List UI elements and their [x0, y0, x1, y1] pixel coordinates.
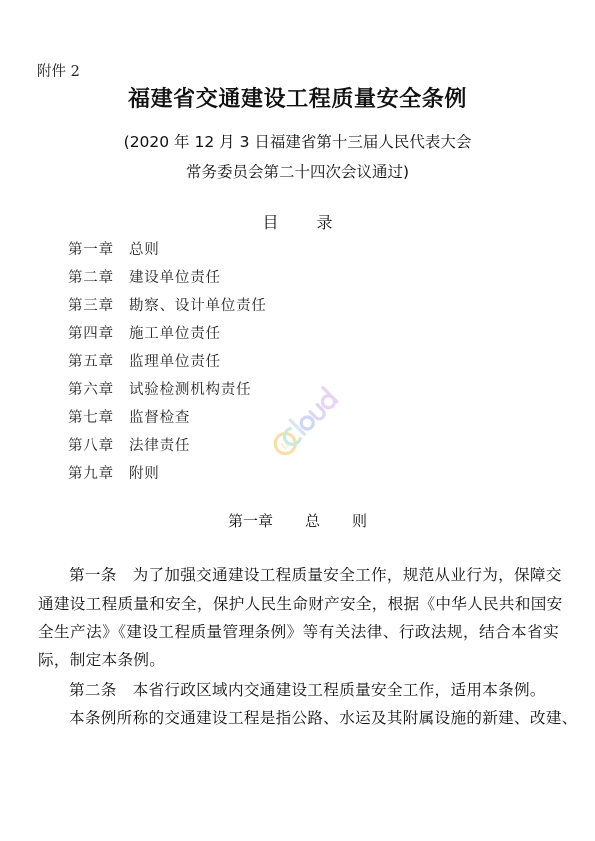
toc-chapter-number: 第四章	[68, 322, 129, 343]
document-title: 福建省交通建设工程质量安全条例	[0, 82, 595, 113]
toc-chapter-number: 第五章	[68, 350, 129, 371]
article-1-line-3: 全生产法》《建设工程质量管理条例》等有关法律、行政法规，结合本省实	[38, 620, 559, 642]
toc-chapter-title: 监理单位责任	[129, 354, 221, 370]
toc-item: 第八章法律责任	[68, 434, 190, 455]
toc-item: 第六章试验检测机构责任	[68, 378, 251, 399]
article-2-line-1: 第二条 本省行政区域内交通建设工程质量安全工作，适用本条例。	[38, 678, 559, 700]
toc-chapter-title: 试验检测机构责任	[129, 382, 251, 398]
article-1-line-2: 通建设工程质量和安全，保护人民生命财产安全，根据《中华人民共和国安	[38, 592, 559, 614]
toc-item: 第二章建设单位责任	[68, 266, 221, 287]
toc-chapter-number: 第九章	[68, 462, 129, 483]
toc-chapter-number: 第三章	[68, 294, 129, 315]
toc-chapter-number: 第八章	[68, 434, 129, 455]
attachment-label: 附件 2	[37, 60, 80, 81]
toc-chapter-title: 附则	[129, 466, 160, 482]
subtitle-line-1: (2020 年 12 月 3 日福建省第十三届人民代表大会	[0, 130, 595, 152]
toc-item: 第七章监督检查	[68, 406, 190, 427]
toc-chapter-title: 建设单位责任	[129, 270, 221, 286]
toc-item: 第三章勘察、设计单位责任	[68, 294, 267, 315]
article-1-line-4: 际，制定本条例。	[38, 648, 559, 670]
toc-item: 第五章监理单位责任	[68, 350, 221, 371]
document-page: 附件 2 福建省交通建设工程质量安全条例 (2020 年 12 月 3 日福建省…	[0, 0, 595, 841]
toc-heading-right: 录	[317, 210, 333, 233]
subtitle-line-2: 常务委员会第二十四次会议通过)	[0, 160, 595, 182]
toc-chapter-number: 第六章	[68, 378, 129, 399]
chapter-heading-number: 第一章	[228, 510, 273, 531]
cloud-watermark-icon: IA	[258, 378, 348, 468]
toc-item: 第九章附则	[68, 462, 160, 483]
toc-chapter-number: 第七章	[68, 406, 129, 427]
article-1-line-1: 第一条 为了加强交通建设工程质量安全工作，规范从业行为，保障交	[38, 563, 559, 585]
svg-text:IA: IA	[280, 437, 295, 452]
chapter-heading-title-part1: 总	[305, 510, 320, 531]
toc-chapter-title: 监督检查	[129, 410, 190, 426]
toc-chapter-title: 施工单位责任	[129, 326, 221, 342]
toc-item: 第四章施工单位责任	[68, 322, 221, 343]
toc-item: 第一章总则	[68, 238, 160, 259]
toc-chapter-number: 第二章	[68, 266, 129, 287]
toc-heading: 目录	[0, 210, 595, 233]
chapter-heading: 第一章总则	[0, 510, 595, 531]
toc-chapter-number: 第一章	[68, 238, 129, 259]
toc-chapter-title: 勘察、设计单位责任	[129, 298, 267, 314]
toc-heading-left: 目	[262, 210, 278, 233]
toc-chapter-title: 总则	[129, 242, 160, 258]
article-2-line-2: 本条例所称的交通建设工程是指公路、水运及其附属设施的新建、改建、	[38, 706, 559, 728]
chapter-heading-title-part2: 则	[352, 510, 367, 531]
toc-chapter-title: 法律责任	[129, 438, 190, 454]
